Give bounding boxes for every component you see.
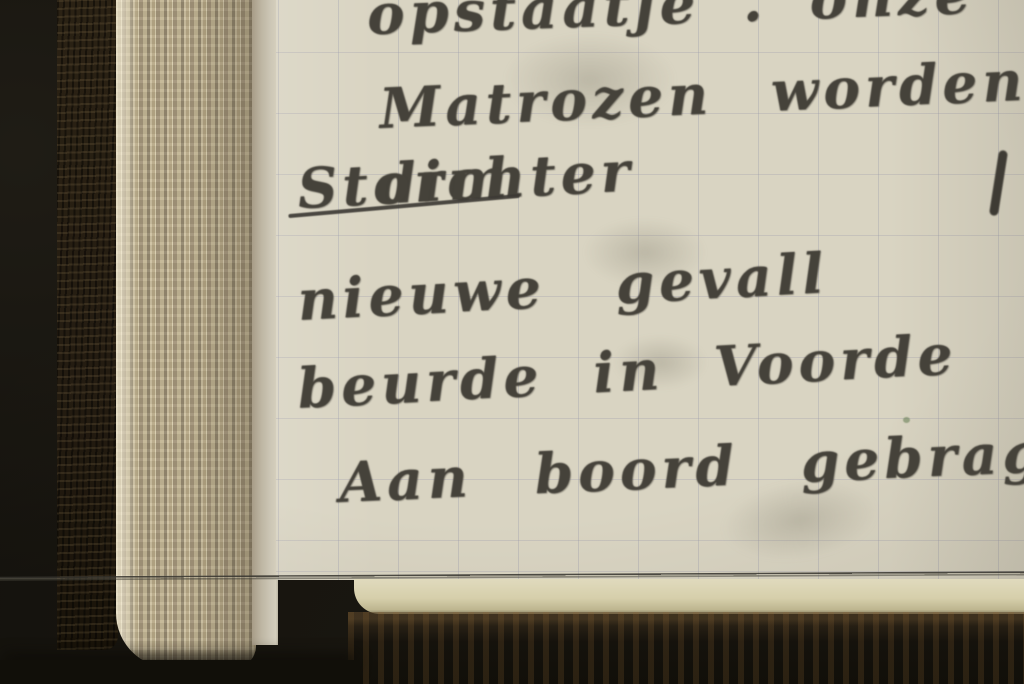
background-bottom — [348, 612, 1024, 684]
background-bottom-left — [0, 660, 360, 684]
photo-frame: opstaatje . onze Matrozen worden Stormdi… — [0, 0, 1024, 684]
paper-speck — [903, 417, 910, 423]
struck-word: Storm — [296, 145, 513, 221]
page-edge-highlight — [252, 0, 278, 645]
page-bottom-edge — [354, 579, 1024, 614]
notebook-cover-edge — [57, 0, 118, 650]
page-edge-stack — [116, 0, 256, 668]
